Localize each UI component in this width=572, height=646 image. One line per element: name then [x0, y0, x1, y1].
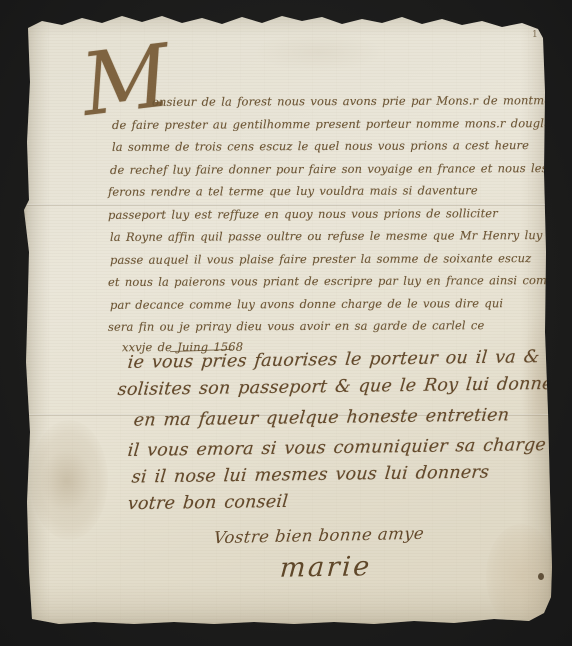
- manuscript-line: la Royne affin quil passe oultre ou refu…: [110, 228, 543, 244]
- manuscript-line: de rechef luy faire donner pour faire so…: [110, 161, 548, 177]
- manuscript-line: sera fin ou je priray dieu vous avoir en…: [108, 318, 484, 334]
- manuscript-line: de faire prester au gentilhomme present …: [112, 116, 557, 132]
- manuscript-line: et nous la paierons vous priant de escri…: [108, 273, 565, 289]
- folio-number: 1: [532, 30, 538, 40]
- photo-background: 1 M onsieur de la forest nous vous avons…: [0, 0, 572, 646]
- postscript-line: solisites son passeport & que le Roy lui…: [117, 374, 554, 400]
- signature: marie: [279, 551, 373, 584]
- manuscript-line: passeport luy est reffuze en quoy nous v…: [108, 206, 498, 222]
- manuscript-line: la somme de trois cens escuz le quel nou…: [112, 138, 529, 154]
- water-stain: [30, 420, 108, 540]
- water-stain: [486, 524, 556, 628]
- ink-spot: [538, 573, 544, 580]
- manuscript-page: 1 M onsieur de la forest nous vous avons…: [24, 12, 552, 626]
- manuscript-line: ferons rendre a tel terme que luy vouldr…: [108, 183, 478, 199]
- postscript-line: votre bon conseil: [127, 492, 289, 514]
- drop-cap-initial: M: [77, 33, 175, 129]
- postscript-line: il vous emora si vous comuniquier sa cha…: [127, 435, 547, 461]
- manuscript-line: onsieur de la forest nous vous avons pri…: [152, 93, 568, 109]
- water-stain: [40, 450, 92, 512]
- water-stain: [254, 32, 384, 72]
- postscript-line: si il nose lui mesmes vous lui donners: [131, 463, 490, 488]
- valediction: Vostre bien bonne amye: [213, 524, 425, 547]
- manuscript-line: par decance comme luy avons donne charge…: [110, 296, 503, 312]
- manuscript-line: passe auquel il vous plaise faire preste…: [110, 251, 531, 267]
- postscript-line: en ma faueur quelque honeste entretien: [133, 405, 510, 430]
